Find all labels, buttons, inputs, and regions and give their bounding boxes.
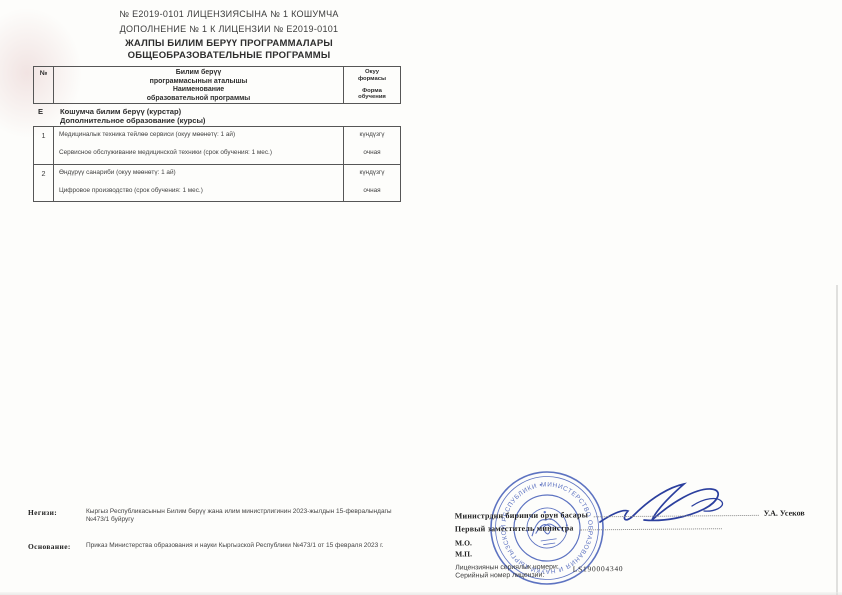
serial-number-value: LS190004340	[573, 564, 624, 573]
seal-abbr-ru: М.П.	[455, 546, 805, 558]
spacer	[727, 530, 805, 531]
title-supplement-kg: № Е2019-0101 ЛИЦЕНЗИЯСЫНА № 1 КОШУМЧА	[45, 9, 413, 19]
table-row: 1 Медициналык техника тейлөө сервиси (ок…	[34, 127, 400, 164]
title-programs-ru: ОБЩЕОБРАЗОВАТЕЛЬНЫЕ ПРОГРАММЫ	[45, 50, 413, 62]
row-number: 1	[34, 127, 54, 164]
seal-abbr-kg: М.О.	[455, 535, 805, 547]
study-form-ru: очная	[344, 187, 400, 194]
row-program-name: Медициналык техника тейлөө сервиси (окуу…	[54, 127, 344, 164]
study-form-kg: күндүзгү	[344, 131, 400, 138]
programs-table-body: 1 Медициналык техника тейлөө сервиси (ок…	[33, 126, 401, 202]
study-form-ru: очная	[344, 149, 400, 156]
basis-text-ru: Приказ Министерства образования и науки …	[86, 542, 416, 550]
basis-label-kg: Негизи:	[28, 508, 86, 517]
programs-table-header: № Билим берүү программасынын аталышы Наи…	[33, 66, 401, 104]
basis-text-kg: Кыргыз Республикасынын Билим берүү жана …	[86, 508, 416, 525]
header-cell-number: №	[34, 67, 54, 103]
scan-edge-shadow	[836, 285, 838, 595]
document-title-block: № Е2019-0101 ЛИЦЕНЗИЯСЫНА № 1 КОШУМЧА ДО…	[45, 9, 413, 61]
basis-row-ru: Основание: Приказ Министерства образован…	[28, 542, 428, 551]
position-title-kg: Министрдин биринчи орун басары	[455, 510, 588, 520]
section-title-kg: Кошумча билим берүү (курстар)	[60, 107, 205, 116]
row-study-form: күндүзгү очная	[344, 165, 400, 201]
program-name-kg: Медициналык техника тейлөө сервиси (окуу…	[59, 131, 235, 138]
section-title-ru: Дополнительное образование (курсы)	[60, 116, 205, 125]
title-supplement-ru: ДОПОЛНЕНИЕ № 1 К ЛИЦЕНЗИИ № Е2019-0101	[45, 24, 413, 34]
section-title: Кошумча билим берүү (курстар) Дополнител…	[60, 107, 205, 126]
header-cell-program-name: Билим берүү программасынын аталышы Наиме…	[54, 67, 344, 103]
row-study-form: күндүзгү очная	[344, 127, 400, 164]
title-programs-kg: ЖАЛПЫ БИЛИМ БЕРҮҮ ПРОГРАММАЛАРЫ	[45, 38, 413, 50]
study-form-kg: күндүзгү	[344, 169, 400, 176]
dotted-line	[580, 527, 722, 530]
basis-row-kg: Негизи: Кыргыз Республикасынын Билим бер…	[28, 508, 428, 525]
signature-block: Министрдин биринчи орун басары У.А. Усек…	[455, 504, 806, 580]
row-number: 2	[34, 165, 54, 201]
serial-label-ru: Серийный номер лицензии:	[455, 572, 559, 581]
program-name-ru: Сервисное обслуживание медицинской техни…	[59, 149, 272, 156]
position-title-ru: Первый заместитель министра	[455, 523, 574, 533]
program-name-ru: Цифровое производство (срок обучения: 1 …	[59, 187, 203, 194]
row-program-name: Өндүрүү санариби (окуу мөөнөтү: 1 ай) Ци…	[54, 165, 344, 201]
header-cell-study-form: Окуу формасы Форма обучения	[344, 67, 400, 103]
dotted-line	[594, 514, 759, 517]
section-letter: Е	[38, 107, 43, 116]
scanned-license-page: № Е2019-0101 ЛИЦЕНЗИЯСЫНА № 1 КОШУМЧА ДО…	[0, 0, 842, 595]
signer-name: У.А. Усеков	[764, 508, 805, 517]
license-serial: Лицензиянын сериялык номери: Серийный но…	[455, 561, 805, 580]
program-name-kg: Өндүрүү санариби (окуу мөөнөтү: 1 ай)	[59, 169, 176, 176]
basis-block: Негизи: Кыргыз Республикасынын Билим бер…	[28, 508, 428, 551]
basis-label-ru: Основание:	[28, 542, 86, 551]
table-row: 2 Өндүрүү санариби (окуу мөөнөтү: 1 ай) …	[34, 164, 400, 201]
